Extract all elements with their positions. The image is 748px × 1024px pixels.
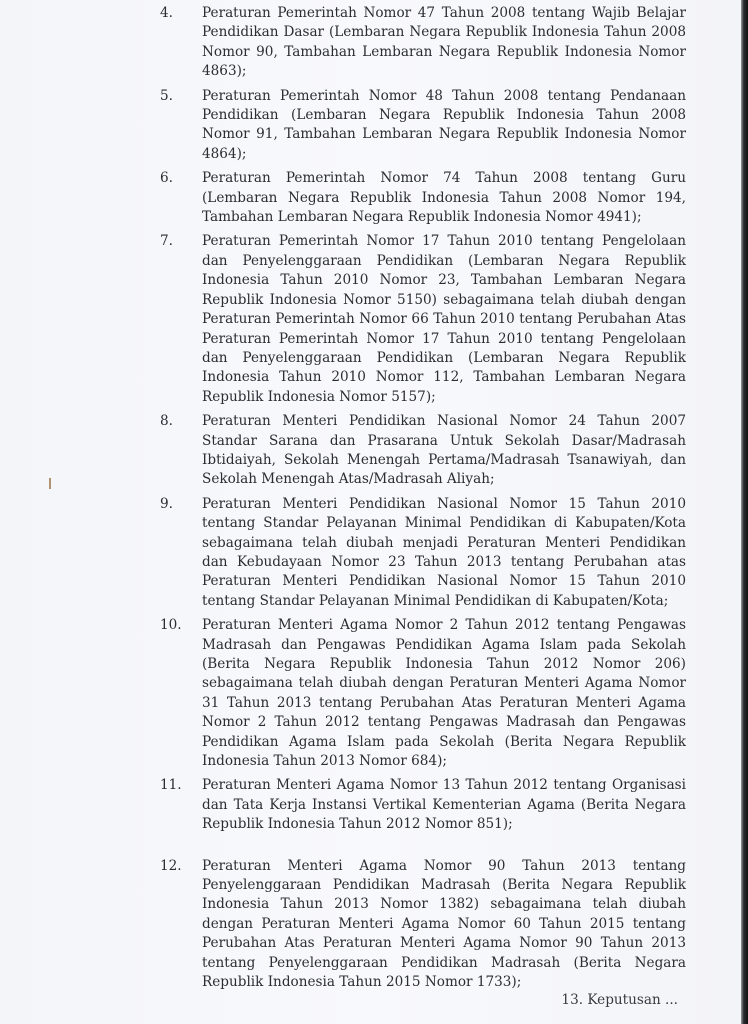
list-item: 7. Peraturan Pemerintah Nomor 17 Tahun 2… [160, 232, 686, 407]
item-text: Peraturan Pemerintah Nomor 17 Tahun 2010… [202, 233, 686, 404]
item-text: Peraturan Menteri Agama Nomor 2 Tahun 20… [202, 617, 686, 769]
item-text: Peraturan Menteri Pendidikan Nasional No… [202, 413, 686, 487]
list-item: 8. Peraturan Menteri Pendidikan Nasional… [160, 412, 686, 490]
list-item: 12. Peraturan Menteri Agama Nomor 90 Tah… [160, 857, 686, 993]
regulation-list: 4. Peraturan Pemerintah Nomor 47 Tahun 2… [160, 4, 686, 998]
item-number: 8. [160, 412, 198, 431]
item-number: 7. [160, 232, 198, 251]
scanned-page: 4. Peraturan Pemerintah Nomor 47 Tahun 2… [0, 0, 741, 1024]
list-item: 4. Peraturan Pemerintah Nomor 47 Tahun 2… [160, 4, 686, 82]
item-text: Peraturan Menteri Pendidikan Nasional No… [202, 496, 686, 609]
margin-ink-mark [49, 478, 51, 489]
item-number: 6. [160, 169, 198, 188]
item-number: 11. [160, 776, 198, 795]
item-text: Peraturan Pemerintah Nomor 48 Tahun 2008… [202, 88, 686, 162]
item-text: Peraturan Pemerintah Nomor 74 Tahun 2008… [202, 170, 686, 225]
page-continuation: 13. Keputusan ... [561, 992, 678, 1008]
list-item: 11. Peraturan Menteri Agama Nomor 13 Tah… [160, 776, 686, 834]
list-item: 9. Peraturan Menteri Pendidikan Nasional… [160, 495, 686, 611]
item-number: 4. [160, 4, 198, 23]
item-text: Peraturan Menteri Agama Nomor 90 Tahun 2… [202, 858, 686, 990]
list-item: 6. Peraturan Pemerintah Nomor 74 Tahun 2… [160, 169, 686, 227]
item-number: 10. [160, 616, 198, 635]
item-text: Peraturan Pemerintah Nomor 47 Tahun 2008… [202, 5, 686, 79]
item-text: Peraturan Menteri Agama Nomor 13 Tahun 2… [202, 777, 686, 832]
item-number: 9. [160, 495, 198, 514]
item-number: 5. [160, 87, 198, 106]
list-item: 10. Peraturan Menteri Agama Nomor 2 Tahu… [160, 616, 686, 771]
item-number: 12. [160, 857, 198, 876]
scan-edge-shadow [741, 0, 748, 1024]
list-item: 5. Peraturan Pemerintah Nomor 48 Tahun 2… [160, 87, 686, 165]
